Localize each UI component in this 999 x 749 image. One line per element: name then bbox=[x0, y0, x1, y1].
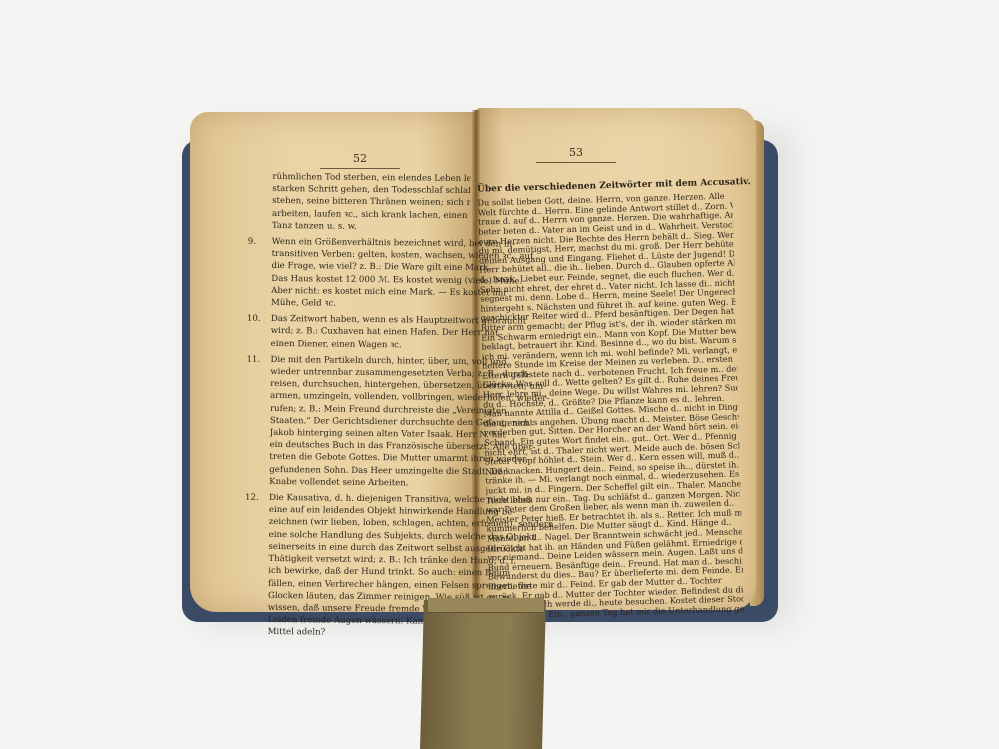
numbered-paragraph-10: 10. Das Zeitwort haben, wenn es als Haup… bbox=[271, 313, 469, 352]
paragraph-number: 9. bbox=[247, 236, 272, 309]
right-page-number: 53 bbox=[556, 146, 596, 159]
brass-weight bbox=[420, 600, 546, 749]
photo-scene: 52 53 rühmlichen Tod sterben, ein elende… bbox=[0, 0, 999, 749]
right-page-text: Über die verschiedenen Zeitwörter mit de… bbox=[477, 177, 744, 621]
numbered-paragraph-9: 9. Wenn ein Größenverhältnis bezeichnet … bbox=[271, 236, 470, 311]
text-line: Tanz tanzen u. s. w. bbox=[272, 220, 470, 234]
left-page-number: 52 bbox=[340, 152, 380, 165]
paragraph-number: 11. bbox=[245, 354, 270, 488]
paragraph-number: 12. bbox=[244, 492, 270, 639]
left-page-text: rühmlichen Tod sterben, ein elendes Lebe… bbox=[268, 171, 471, 641]
paragraph-number: 10. bbox=[247, 313, 271, 350]
right-page-lines: Du sollst lieben Gott, deine. Herrn, von… bbox=[477, 192, 744, 621]
brass-weight-top-edge bbox=[428, 598, 544, 613]
numbered-paragraph-11: 11. Die mit den Partikeln durch, hinter,… bbox=[269, 354, 468, 490]
